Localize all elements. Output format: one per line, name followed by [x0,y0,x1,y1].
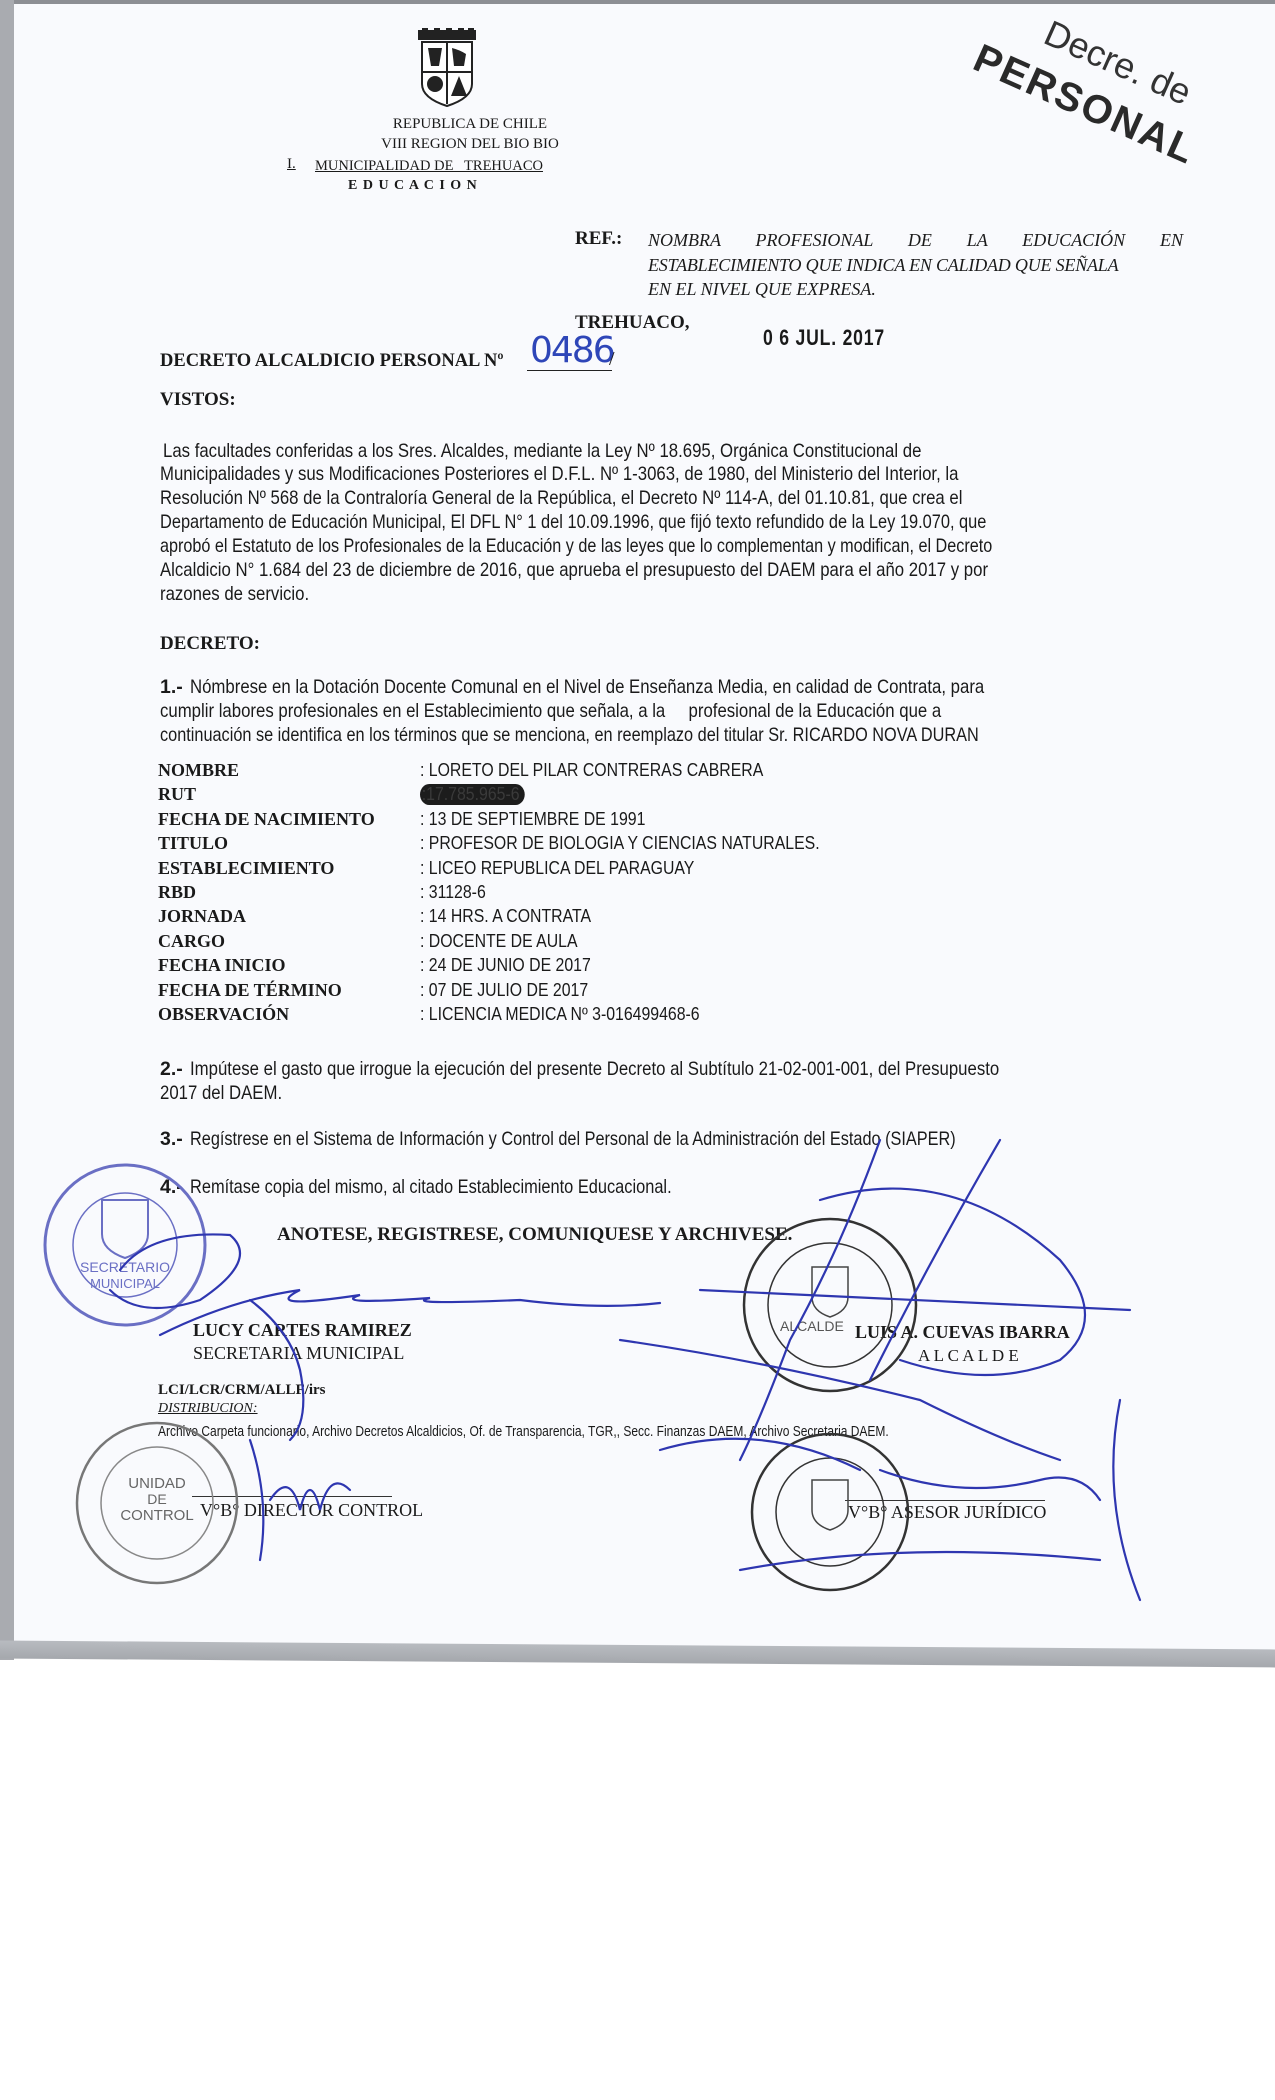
detail-label: NOMBRE [158,760,239,781]
item2-line: 2017 del DAEM. [160,1082,282,1105]
detail-label: JORNADA [158,906,246,927]
header-region: VIII REGION DEL BIO BIO [290,136,650,153]
detail-value: : 24 DE JUNIO DE 2017 [420,955,591,976]
detail-value: : LICEO REPUBLICA DEL PARAGUAY [420,858,694,879]
ref-line-2: ESTABLECIMIENTO QUE INDICA EN CALIDAD QU… [648,255,1118,276]
vistos-heading: VISTOS: [160,389,236,411]
decree-number-slash: / [609,348,615,371]
detail-value: : LORETO DEL PILAR CONTRERAS CABRERA [420,760,763,781]
ref-line-1: NOMBRA PROFESIONAL DE LA EDUCACIÓN EN [648,230,1183,251]
vistos-line: aprobó el Estatuto de los Profesionales … [160,535,992,558]
handwritten-signatures [0,1120,1275,1620]
detail-label: CARGO [158,931,225,952]
coat-of-arms-icon [404,28,490,108]
item1-line: Nómbrese en la Dotación Docente Comunal … [190,676,984,699]
detail-label: FECHA DE NACIMIENTO [158,809,375,830]
decree-title: DECRETO ALCALDICIO PERSONAL Nº [160,351,503,372]
detail-label: TITULO [158,833,228,854]
item2-line: Impútese el gasto que irrogue la ejecuci… [190,1058,999,1081]
ref-line-3: EN EL NIVEL QUE EXPRESA. [648,279,876,300]
header-municipality: MUNICIPALIDAD DE TREHUACO [315,158,543,175]
vistos-line: Departamento de Educación Municipal, El … [160,511,986,534]
detail-label: OBSERVACIÓN [158,1004,289,1025]
vistos-line: Resolución Nº 568 de la Contraloría Gene… [160,487,962,510]
detail-value-redacted: :17.785.965-6 [420,784,525,805]
detail-value: : 14 HRS. A CONTRATA [420,906,591,927]
decreto-heading: DECRETO: [160,633,260,655]
item1-number: 1.- [160,676,183,699]
header-department: E D U C A C I O N [348,178,478,194]
decree-number: 0486 [530,330,614,371]
detail-label: FECHA DE TÉRMINO [158,980,342,1001]
header-prefix: I. [287,156,296,173]
detail-value: : LICENCIA MEDICA Nº 3-016499468-6 [420,1004,700,1025]
vistos-line: Municipalidades y sus Modificaciones Pos… [160,463,958,486]
item2-number: 2.- [160,1058,183,1081]
detail-label: RUT [158,784,196,805]
detail-label: ESTABLECIMIENTO [158,858,334,879]
item1-line: cumplir labores profesionales en el Esta… [160,700,941,723]
detail-label: RBD [158,882,196,903]
detail-value: : 31128-6 [420,882,486,903]
detail-value: : 13 DE SEPTIEMBRE DE 1991 [420,809,645,830]
detail-label: FECHA INICIO [158,955,286,976]
detail-value: : DOCENTE DE AULA [420,931,578,952]
date-stamp: 0 6 JUL. 2017 [763,325,885,351]
vistos-line: Las facultades conferidas a los Sres. Al… [163,440,921,463]
vistos-line: Alcaldicio N° 1.684 del 23 de diciembre … [160,559,988,582]
detail-value: : 07 DE JULIO DE 2017 [420,980,588,1001]
ref-label: REF.: [575,228,622,250]
vistos-line: razones de servicio. [160,583,309,606]
item1-line: continuación se identifica en los términ… [160,724,979,747]
detail-value: : PROFESOR DE BIOLOGIA Y CIENCIAS NATURA… [420,833,820,854]
header-republica: REPUBLICA DE CHILE [290,116,650,133]
